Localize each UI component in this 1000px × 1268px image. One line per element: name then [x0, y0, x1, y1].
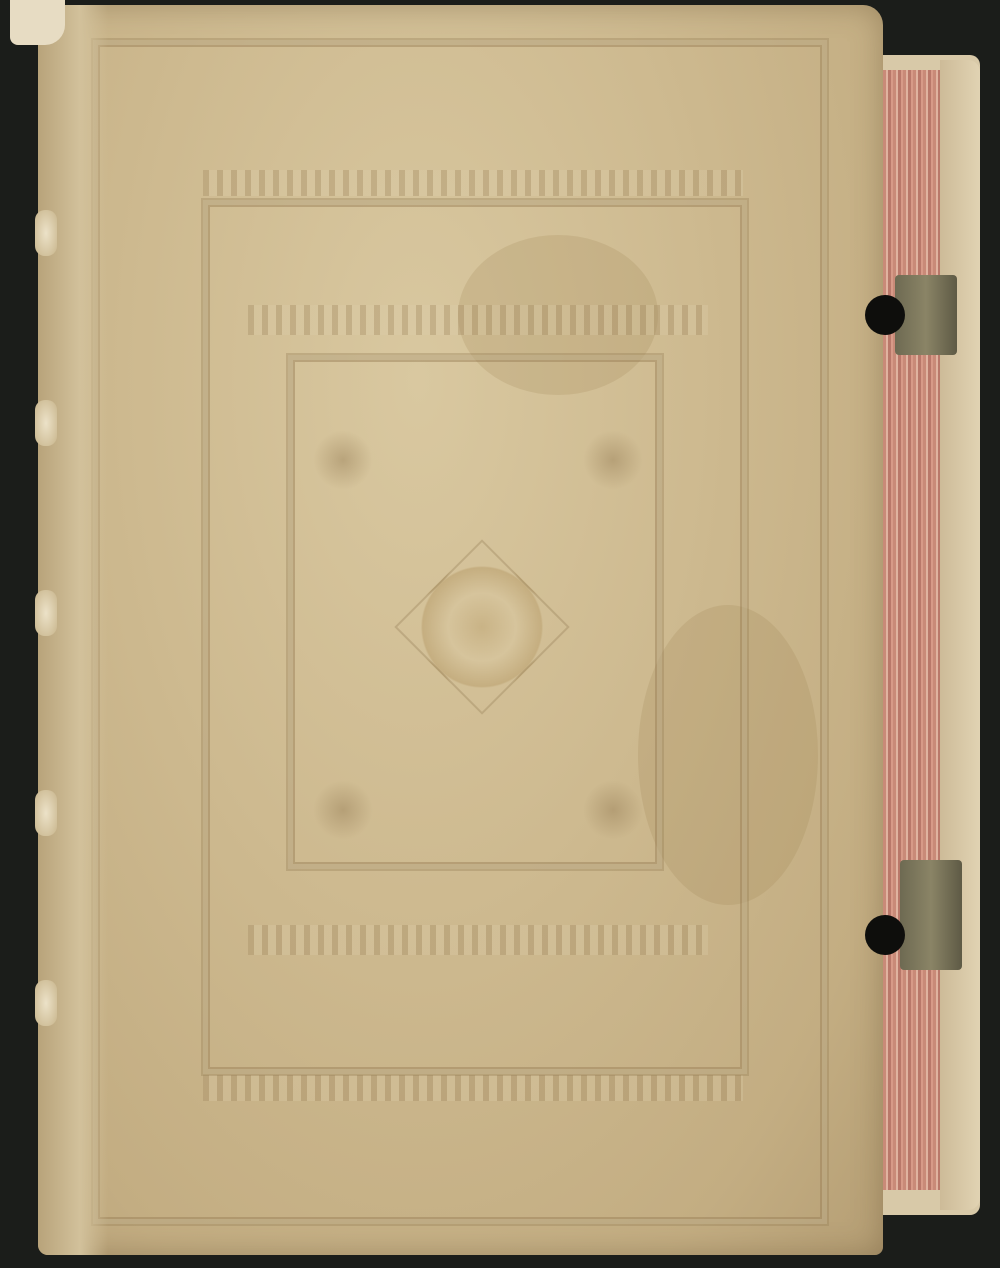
roll-inner-bottom	[248, 925, 708, 955]
corner-fleuron-tl	[313, 430, 373, 490]
fore-edge	[878, 70, 948, 1190]
corner-fleuron-bl	[313, 780, 373, 840]
torn-corner	[10, 0, 65, 45]
spine-band	[35, 400, 57, 446]
roll-bottom	[203, 1075, 743, 1101]
clasp-pin-bottom	[865, 915, 905, 955]
roll-top	[203, 170, 743, 196]
spine-band	[35, 980, 57, 1026]
spine-band	[35, 590, 57, 636]
corner-fleuron-br	[583, 780, 643, 840]
roll-inner-top	[248, 305, 708, 335]
spine-band	[35, 790, 57, 836]
clasp-pin-top	[865, 295, 905, 335]
back-board	[940, 60, 980, 1210]
spine-band	[35, 210, 57, 256]
corner-fleuron-tr	[583, 430, 643, 490]
clasp-bottom	[900, 860, 962, 970]
